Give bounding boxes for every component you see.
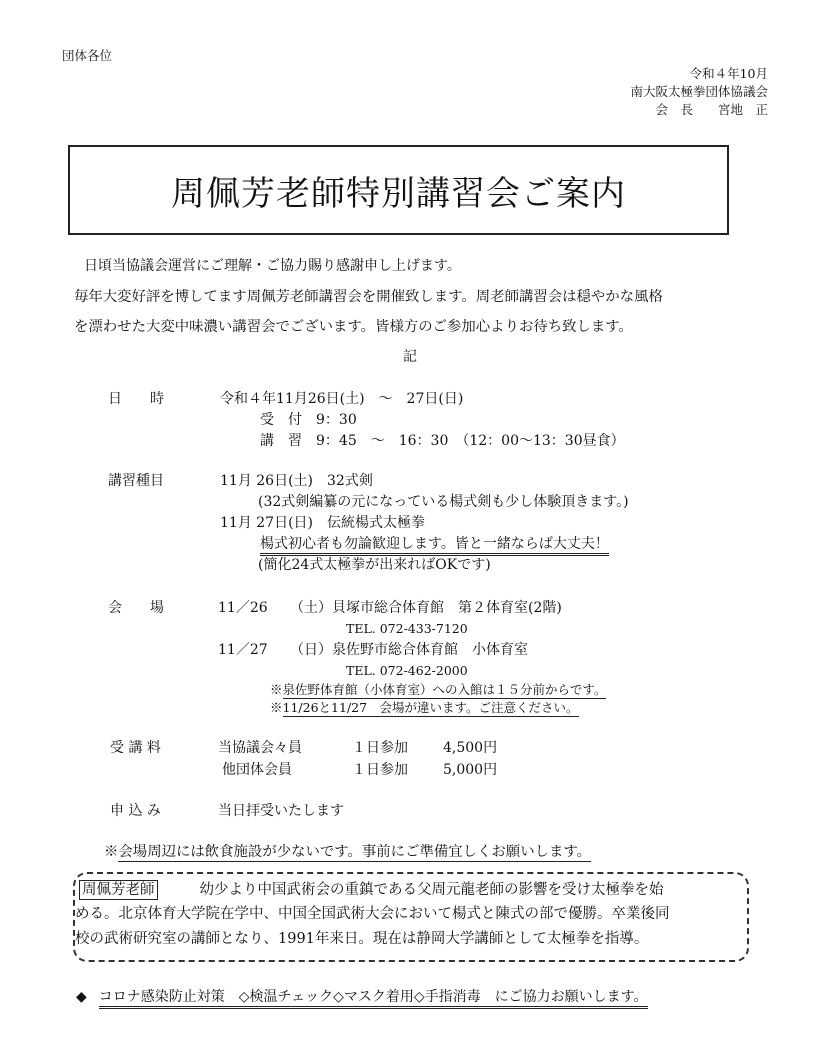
title-box: 周佩芳老師特別講習会ご案内: [68, 145, 729, 235]
course-day2-note: 楊式初心者も勿論歓迎します。皆と一緒ならば大丈夫！: [260, 536, 609, 556]
fee-row-2-member: 他団体会員: [222, 763, 292, 777]
fee-row-1-type: １日参加: [352, 741, 408, 755]
ki-mark: 記: [403, 350, 417, 364]
recipient: 団体各位: [62, 50, 112, 63]
covid-notice: ◆コロナ感染防止対策 ◇検温チェック◇マスク着用◇手指消毒 にご協力お願いします…: [76, 990, 648, 1004]
intro-line-3: を漂わせた大変中味濃い講習会でございます。皆様方のご参加心よりお待ち致します。: [74, 320, 633, 334]
issue-date: 令和４年10月: [690, 68, 768, 81]
bio-line-2: める。北京体育大学院在学中、中国全国武術大会において楊式と陳式の部で優勝。卒業後…: [75, 907, 670, 922]
venue-note-2: ※11/26と11/27 会場が違います。ご注意ください。: [270, 702, 579, 715]
bio-line-1: 幼少より中国武術会の重鎮である父周元龍老師の影響を受け太極拳を始: [200, 882, 664, 898]
food-note-text: 会場周辺には飲食施設が少ないです。事前にご準備宜しくお願いします。: [118, 844, 591, 862]
page-title: 周佩芳老師特別講習会ご案内: [171, 166, 626, 215]
bio-box: 周佩芳老師幼少より中国武術会の重鎮である父周元龍老師の影響を受け太極拳を始 める…: [73, 872, 749, 962]
application-label: 申 込 み: [110, 804, 161, 818]
course-day1-note: (32式剣編纂の元になっている楊式剣も少し体験頂きます。): [258, 495, 629, 509]
intro-line-2: 毎年大変好評を博してます周佩芳老師講習会を開催致します。周老師講習会は穏やかな風…: [74, 290, 663, 304]
fee-row-1-price: 4,500円: [443, 741, 497, 755]
venue-note-2-text: 11/26と11/27 会場が違います。ご注意ください。: [283, 700, 579, 717]
course-day1: 11月 26日(土) 32式剣: [220, 474, 373, 488]
venue2-tel: TEL. 072-462-2000: [346, 665, 468, 678]
food-note: ※会場周辺には飲食施設が少ないです。事前にご準備宜しくお願いします。: [104, 845, 591, 859]
courses-label: 講習種目: [108, 474, 164, 488]
note-mark: ※: [104, 844, 118, 860]
venue1-place: （土）貝塚市総合体育館 第２体育室(2階): [290, 601, 562, 615]
venue1-date: 11／26: [218, 601, 268, 615]
signatory: 会 長 宮地 正: [655, 104, 768, 117]
note-mark: ※: [270, 682, 283, 697]
schedule-date: 令和４年11月26日(土) ～ 27日(日): [220, 392, 463, 406]
fees-label: 受 講 料: [110, 741, 161, 755]
venue-note-1-text: 泉佐野体育館（小体育室）への入館は１５分前からです。: [283, 682, 607, 699]
note-mark: ※: [270, 700, 283, 715]
schedule-reception: 受 付 9：30: [260, 413, 357, 427]
venue2-place: （日）泉佐野市総合体育館 小体育室: [290, 643, 528, 657]
venue-label: 会 場: [108, 601, 164, 615]
fee-row-1-member: 当協議会々員: [218, 741, 302, 755]
venue-note-1: ※泉佐野体育館（小体育室）への入館は１５分前からです。: [270, 684, 606, 697]
schedule-label: 日 時: [108, 392, 164, 406]
fee-row-2-price: 5,000円: [443, 763, 497, 777]
venue2-date: 11／27: [218, 643, 268, 657]
bio-label: 周佩芳老師: [79, 880, 158, 900]
fee-row-2-type: １日参加: [352, 763, 408, 777]
intro-line-1: 日頃当協議会運営にご理解・ご協力賜り感謝申し上げます。: [84, 259, 461, 273]
venue1-tel: TEL. 072-433-7120: [346, 623, 468, 636]
schedule-session: 講 習 9：45 ～ 16：30 （12：00～13：30昼食）: [260, 434, 625, 448]
bio-line-3: 校の武術研究室の講師となり、1991年来日。現在は静岡大学講師として太極拳を指導…: [75, 932, 648, 947]
organization-name: 南大阪太極拳団体協議会: [630, 86, 768, 99]
covid-notice-text: コロナ感染防止対策 ◇検温チェック◇マスク着用◇手指消毒 にご協力お願いします。: [99, 989, 648, 1009]
course-day2-note2: (簡化24式太極拳が出来ればOKです): [258, 558, 491, 572]
diamond-bullet-icon: ◆: [76, 989, 87, 1005]
course-day2: 11月 27日(日) 伝統楊式太極拳: [220, 516, 425, 530]
application-value: 当日拝受いたします: [218, 804, 344, 818]
